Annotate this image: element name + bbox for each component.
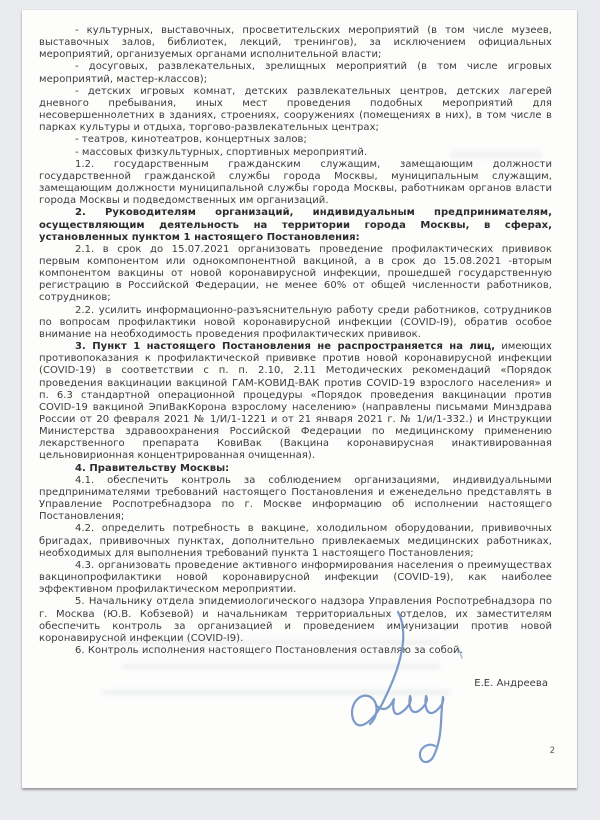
paragraph-text: 5. Начальнику отдела эпидемиологического…	[39, 596, 552, 643]
document-viewer: - культурных, выставочных, просветительс…	[0, 0, 600, 820]
paragraph-text: 4.3. организовать проведение активного и…	[39, 560, 552, 595]
paragraph-text: 4.2. определить потребность в вакцине, х…	[39, 523, 552, 558]
paragraph: 4.2. определить потребность в вакцине, х…	[39, 523, 552, 559]
signature-flourish	[376, 696, 443, 762]
paragraph: - культурных, выставочных, просветительс…	[39, 25, 552, 61]
paragraph-text-bold: 2. Руководителям организаций, индивидуал…	[39, 207, 552, 242]
paragraph: - детских игровых комнат, детских развле…	[39, 86, 552, 135]
paragraph-text: 2.1. в срок до 15.07.2021 организовать п…	[39, 244, 552, 304]
paragraph: - досуговых, развлекательных, зрелищных …	[39, 61, 552, 85]
paragraph: 5. Начальнику отдела эпидемиологического…	[39, 596, 552, 645]
paragraph-text-bold: 3. Пункт 1 настоящего Постановления не р…	[75, 341, 495, 352]
bleed-through-artifact	[110, 640, 440, 645]
signer-name: Е.Е. Андреева	[474, 678, 548, 689]
document-page: - культурных, выставочных, просветительс…	[22, 10, 577, 788]
paragraph-text-bold: 4. Правительству Москвы:	[75, 463, 229, 474]
paragraph: 1.2. государственным гражданским служащи…	[39, 159, 552, 208]
paragraph: 2. Руководителям организаций, индивидуал…	[39, 207, 552, 243]
bleed-through-artifact	[102, 690, 450, 695]
document-body: - культурных, выставочных, просветительс…	[22, 10, 577, 657]
bleed-through-artifact	[122, 664, 440, 669]
paragraph-text: - детских игровых комнат, детских развле…	[39, 86, 552, 133]
paragraph-text: - досуговых, развлекательных, зрелищных …	[39, 61, 552, 84]
paragraph: 4. Правительству Москвы:	[39, 463, 552, 475]
paragraph-text: 1.2. государственным гражданским служащи…	[39, 159, 552, 206]
paragraph: 2.1. в срок до 15.07.2021 организовать п…	[39, 244, 552, 305]
paragraph: 3. Пункт 1 настоящего Постановления не р…	[39, 341, 552, 463]
paragraph: - театров, кинотеатров, концертных залов…	[39, 134, 552, 146]
paragraph-text: - культурных, выставочных, просветительс…	[39, 25, 552, 60]
paragraph: 4.1. обеспечить контроль за соблюдением …	[39, 475, 552, 524]
paragraph: 2.2. усилить информационно-разъяснительн…	[39, 305, 552, 341]
paragraph: 6. Контроль исполнения настоящего Постан…	[39, 645, 552, 657]
paragraph-text: 4.1. обеспечить контроль за соблюдением …	[39, 475, 552, 522]
paragraph-text: - массовых физкультурных, спортивных мер…	[75, 147, 367, 158]
paragraph: 4.3. организовать проведение активного и…	[39, 560, 552, 596]
paragraph-text: имеющих противопоказания к профилактичес…	[39, 341, 552, 461]
paragraph-text: - театров, кинотеатров, концертных залов…	[75, 134, 307, 145]
paragraph-text: 6. Контроль исполнения настоящего Постан…	[75, 645, 463, 656]
bleed-through-artifact	[450, 150, 542, 159]
paragraph-text: 2.2. усилить информационно-разъяснительн…	[39, 305, 552, 340]
page-number: 2	[550, 746, 555, 756]
